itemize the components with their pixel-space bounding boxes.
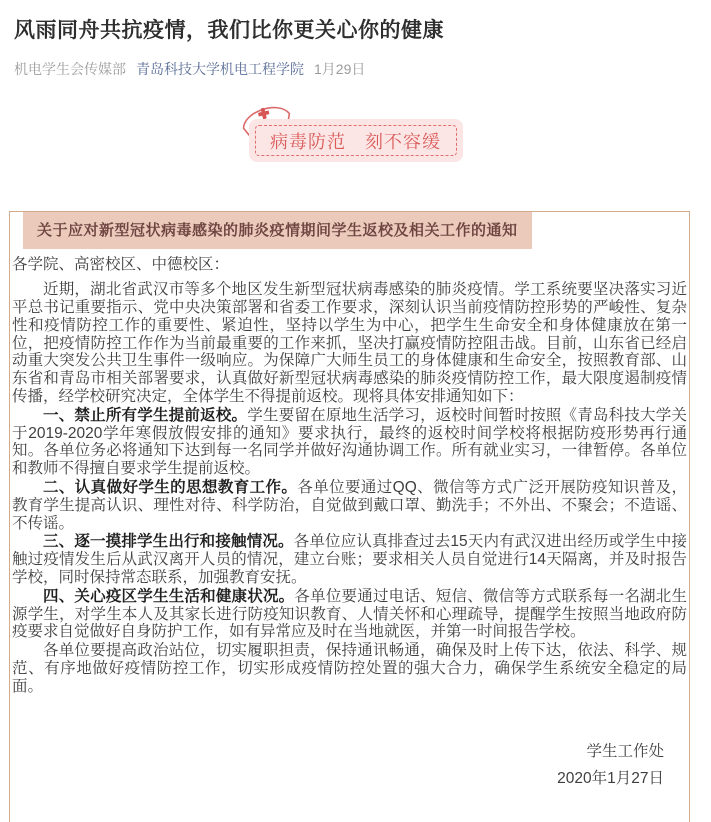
- paragraph-lead: 二、认真做好学生的思想教育工作。: [43, 479, 297, 496]
- notice-paragraph: 二、认真做好学生的思想教育工作。各单位要通过QQ、微信等方式广泛开展防疫知识普及…: [12, 479, 687, 532]
- notice-paragraphs: 近期，湖北省武汉市等多个地区发生新型冠状病毒感染的肺炎疫情。学工系统要坚决落实习…: [12, 281, 687, 695]
- paragraph-lead: 四、关心疫区学生生活和健康状况。: [43, 588, 294, 605]
- article-title: 风雨同舟共抗疫情，我们比你更关心你的健康: [14, 16, 697, 46]
- notice-paragraph: 四、关心疫区学生生活和健康状况。各单位要通过电话、短信、微信等方式联系每一名湖北…: [12, 588, 687, 641]
- paragraph-lead: 一、禁止所有学生提前返校。: [43, 407, 247, 424]
- notice-box: 关于应对新型冠状病毒感染的肺炎疫情期间学生返校及相关工作的通知 各学院、高密校区…: [9, 211, 690, 822]
- notice-body: 各学院、高密校区、中德校区： 近期，湖北省武汉市等多个地区发生新型冠状病毒感染的…: [12, 256, 687, 791]
- byline-date: 1月29日: [314, 61, 365, 77]
- notice-paragraph: 三、逐一摸排学生出行和接触情况。各单位应认真排查过去15天内有武汉进出经历或学生…: [12, 533, 687, 586]
- byline-author: 机电学生会传媒部: [14, 61, 126, 77]
- notice-heading: 关于应对新型冠状病毒感染的肺炎疫情期间学生返校及相关工作的通知: [23, 212, 532, 249]
- signature-date: 2020年1月27日: [12, 765, 664, 792]
- notice-paragraph: 近期，湖北省武汉市等多个地区发生新型冠状病毒感染的肺炎疫情。学工系统要坚决落实习…: [12, 281, 687, 406]
- banner-text: 病毒防范 刻不容缓: [270, 128, 441, 154]
- byline-account-link[interactable]: 青岛科技大学机电工程学院: [136, 61, 304, 77]
- notice-signature: 学生工作处 2020年1月27日: [12, 738, 687, 792]
- notice-paragraph: 各单位要提高政治站位，切实履职担责，保持通讯畅通，确保及时上传下达，依法、科学、…: [12, 642, 687, 695]
- article-page: 风雨同舟共抗疫情，我们比你更关心你的健康 机电学生会传媒部青岛科技大学机电工程学…: [0, 0, 711, 822]
- notice-paragraph: 一、禁止所有学生提前返校。学生要留在原地生活学习，返校时间暂时按照《青岛科技大学…: [12, 407, 687, 478]
- notice-salutation: 各学院、高密校区、中德校区：: [12, 256, 687, 274]
- signature-org: 学生工作处: [12, 738, 664, 765]
- banner-badge: 病毒防范 刻不容缓: [249, 119, 463, 162]
- byline: 机电学生会传媒部青岛科技大学机电工程学院1月29日: [14, 59, 697, 79]
- banner-image: 病毒防范 刻不容缓: [249, 119, 463, 162]
- paragraph-lead: 三、逐一摸排学生出行和接触情况。: [43, 533, 294, 550]
